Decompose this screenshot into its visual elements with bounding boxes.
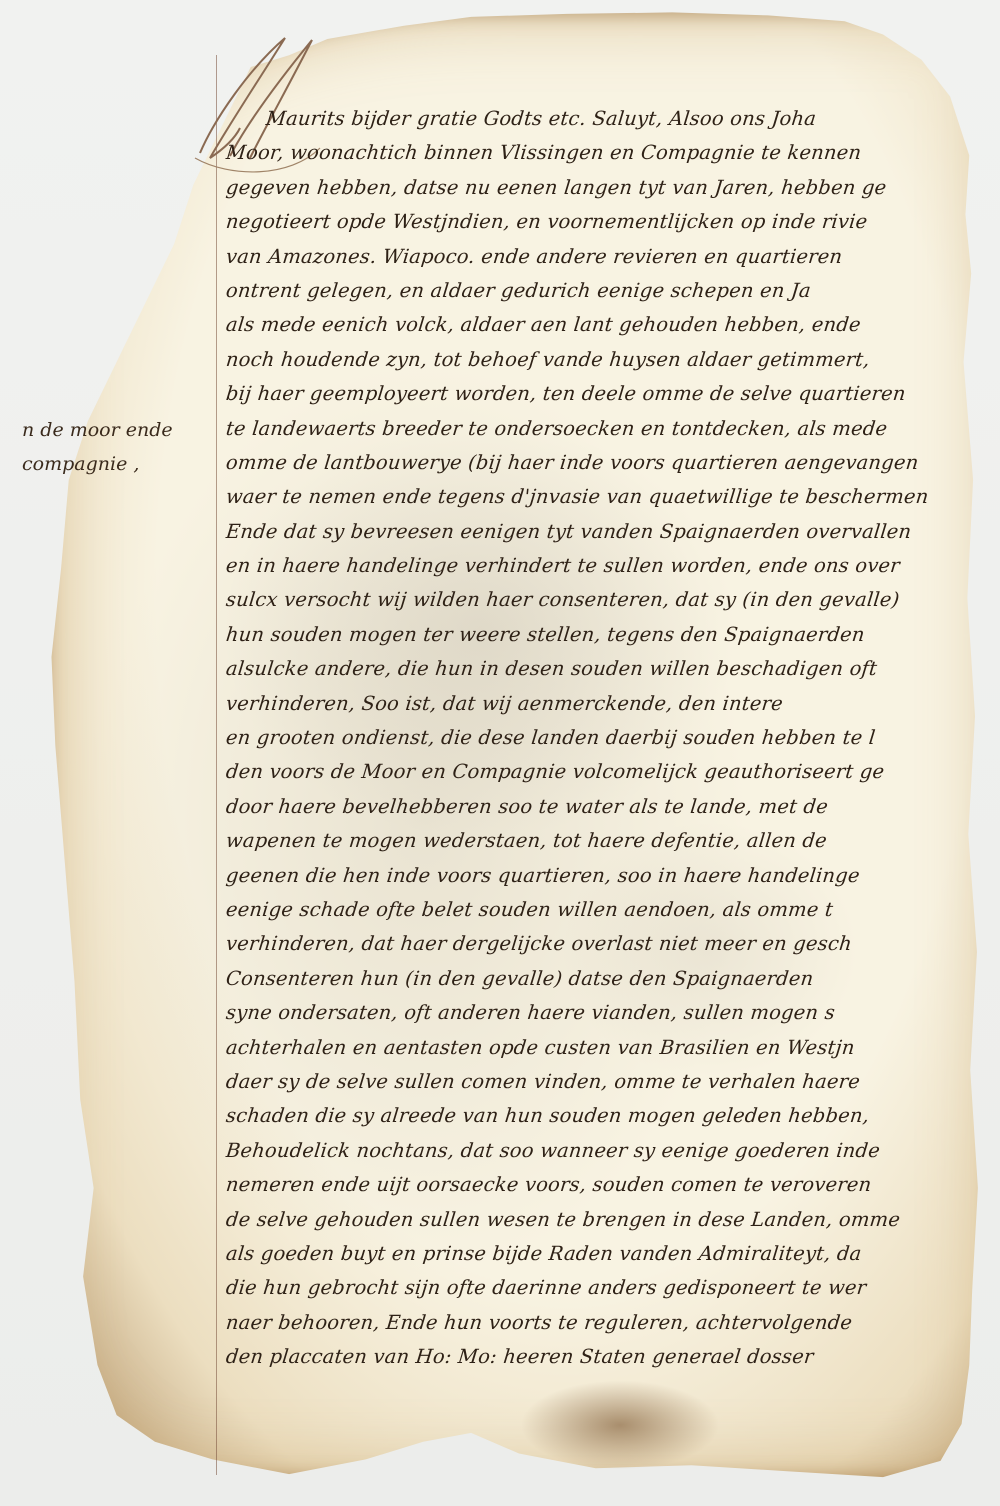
text-line: te landewaerts breeder te ondersoecken e… — [224, 412, 988, 446]
text-line: Moor, woonachtich binnen Vlissingen en C… — [224, 136, 988, 170]
text-line: naer behooren, Ende hun voorts te regule… — [224, 1306, 988, 1340]
text-line: Consenteren hun (in den gevalle) datse d… — [224, 962, 988, 996]
text-line: bij haer geemployeert worden, ten deele … — [224, 377, 988, 411]
text-line: waer te nemen ende tegens d'jnvasie van … — [224, 480, 988, 514]
text-line: van Amazones. Wiapoco. ende andere revie… — [224, 240, 988, 274]
text-line: daer sy de selve sullen comen vinden, om… — [224, 1065, 988, 1099]
margin-note-line: n de moor ende — [22, 413, 212, 447]
text-line: nemeren ende uijt oorsaecke voors, soude… — [224, 1168, 988, 1202]
text-line: ontrent gelegen, en aldaer gedurich eeni… — [224, 274, 988, 308]
text-line: geenen die hen inde voors quartieren, so… — [224, 859, 988, 893]
text-line: en grooten ondienst, die dese landen dae… — [224, 721, 988, 755]
text-line: die hun gebrocht sijn ofte daerinne ande… — [224, 1271, 988, 1305]
text-line: als goeden buyt en prinse bijde Raden va… — [224, 1237, 988, 1271]
text-line: achterhalen en aentasten opde custen van… — [224, 1031, 988, 1065]
text-line: hun souden mogen ter weere stellen, tege… — [224, 618, 988, 652]
text-line: noch houdende zyn, tot behoef vande huys… — [224, 343, 988, 377]
margin-rule — [216, 55, 217, 1475]
text-line: syne ondersaten, oft anderen haere viand… — [224, 996, 988, 1030]
margin-note: n de moor ende compagnie , — [22, 413, 212, 481]
text-line: eenige schade ofte belet souden willen a… — [224, 893, 988, 927]
text-line: den voors de Moor en Compagnie volcomeli… — [224, 755, 988, 789]
text-line: door haere bevelhebberen soo te water al… — [224, 790, 988, 824]
text-line: schaden die sy alreede van hun souden mo… — [224, 1099, 988, 1133]
text-line: verhinderen, Soo ist, dat wij aenmercken… — [224, 687, 988, 721]
margin-note-line: compagnie , — [22, 447, 212, 481]
manuscript-body: Maurits bijder gratie Godts etc. Saluyt,… — [226, 102, 986, 1374]
text-line: Behoudelick nochtans, dat soo wanneer sy… — [224, 1134, 988, 1168]
text-line: de selve gehouden sullen wesen te brenge… — [224, 1203, 988, 1237]
text-line: den placcaten van Ho: Mo: heeren Staten … — [224, 1340, 988, 1374]
text-line: sulcx versocht wij wilden haer consenter… — [224, 583, 988, 617]
text-line: wapenen te mogen wederstaen, tot haere d… — [224, 824, 988, 858]
text-line: omme de lantbouwerye (bij haer inde voor… — [224, 446, 988, 480]
text-line: en in haere handelinge verhindert te sul… — [224, 549, 988, 583]
text-line: negotieert opde Westjndien, en voornemen… — [224, 205, 988, 239]
text-line: gegeven hebben, datse nu eenen langen ty… — [224, 171, 988, 205]
text-line: Ende dat sy bevreesen eenigen tyt vanden… — [224, 515, 988, 549]
text-line: verhinderen, dat haer dergelijcke overla… — [224, 927, 988, 961]
text-line: Maurits bijder gratie Godts etc. Saluyt,… — [224, 102, 988, 136]
text-line: alsulcke andere, die hun in desen souden… — [224, 652, 988, 686]
text-line: als mede eenich volck, aldaer aen lant g… — [224, 308, 988, 342]
